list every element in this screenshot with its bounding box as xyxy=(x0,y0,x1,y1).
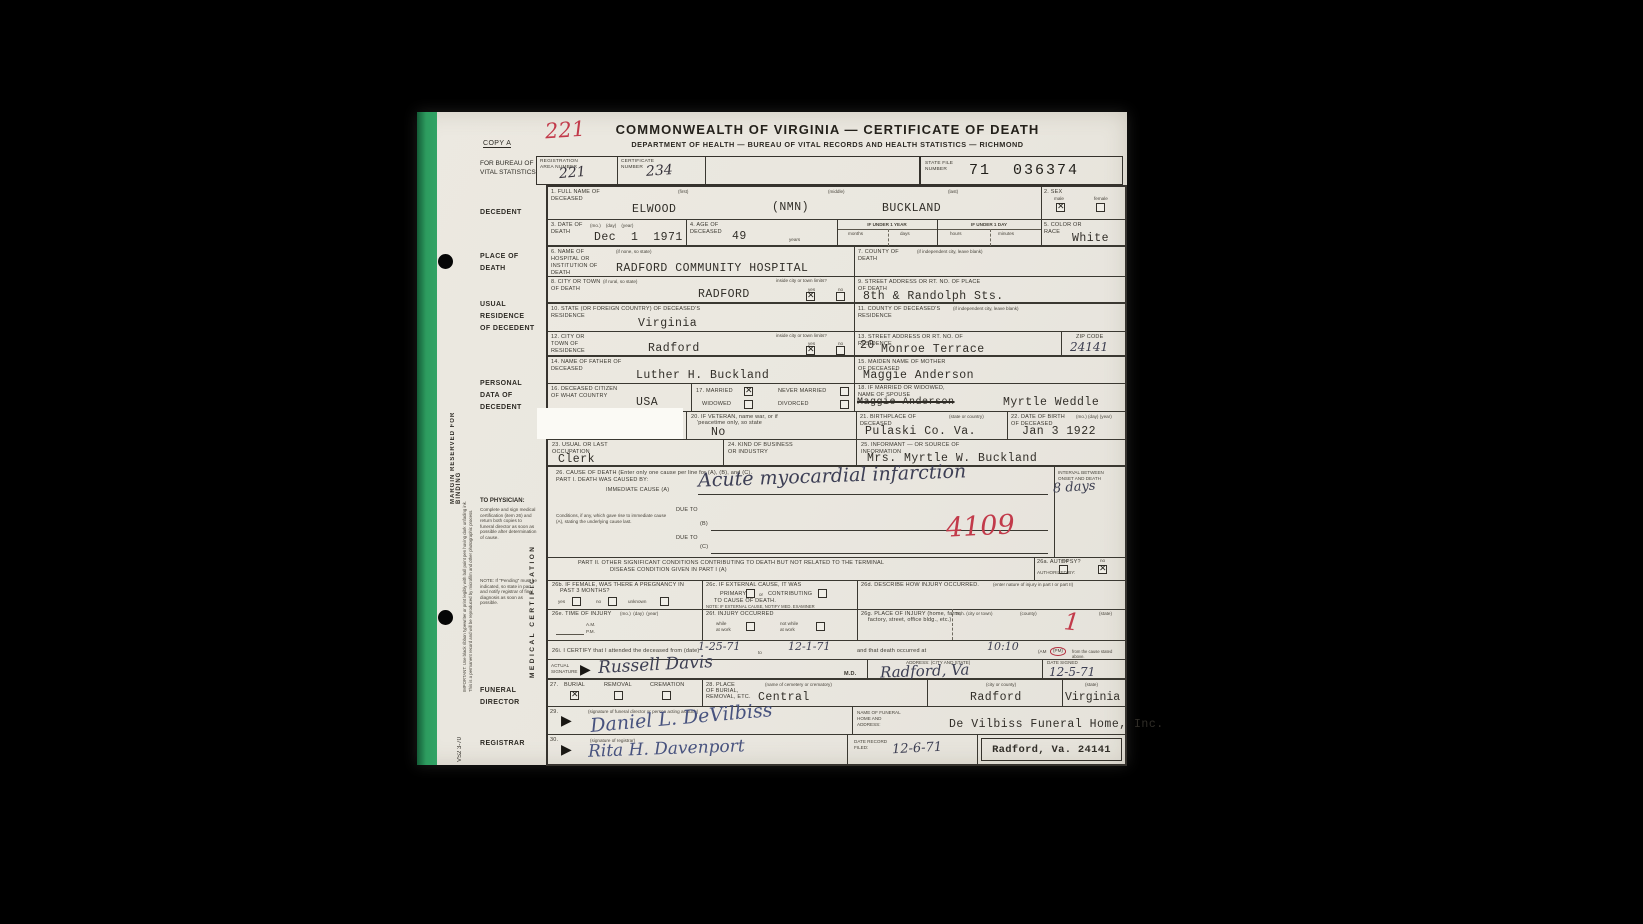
limits-no-checkbox xyxy=(836,292,845,301)
item-29-number: 29. xyxy=(550,709,558,716)
field-state-residence: 10. STATE (OR FOREIGN COUNTRY) OF DECEAS… xyxy=(548,304,855,331)
death-occurred-label: and that death occurred at xyxy=(857,648,926,655)
date-of-death-value: Dec 1 1971 xyxy=(594,231,683,244)
to-word: to xyxy=(758,650,762,656)
or-label: or xyxy=(759,592,763,598)
signature-arrow-icon xyxy=(580,661,591,678)
section-label-registrar: REGISTRAR xyxy=(480,740,525,747)
removal-label: REMOVAL xyxy=(604,682,632,689)
zip-value: 24141 xyxy=(1070,340,1108,354)
section-label-personal-1: PERSONAL xyxy=(480,380,522,387)
pregnancy-unknown-checkbox xyxy=(660,597,669,606)
hospital-value: RADFORD COMMUNITY HOSPITAL xyxy=(616,262,808,275)
form-row: 3. DATE OF DEATH (mo.) (day) (year) Dec … xyxy=(548,220,1125,247)
limits-label: inside city or town limits? xyxy=(776,278,831,284)
punch-hole-icon xyxy=(438,254,453,269)
autopsy-yes-sublabel: yes xyxy=(1061,558,1068,564)
state-file-value: 71 036374 xyxy=(969,162,1079,179)
field-occupation: 23. USUAL OR LAST OCCUPATION Clerk xyxy=(548,440,724,465)
city-residence-label: 12. CITY OR TOWN OF RESIDENCE xyxy=(551,334,601,355)
punch-hole-icon xyxy=(438,610,453,625)
field-informant: 25. INFORMANT — OR SOURCE OF INFORMATION… xyxy=(857,440,1125,465)
state-residence-value: Virginia xyxy=(638,317,697,330)
pm-option-circled: (PM) xyxy=(1050,647,1066,656)
death-certificate-document: MARGIN RESERVED FOR BINDING IMPORTANT: U… xyxy=(417,112,1127,765)
binding-strip xyxy=(417,112,437,765)
removal-checkbox xyxy=(614,691,623,700)
registration-area-cell: REGISTRATION AREA NUMBER 221 xyxy=(537,157,618,184)
to-physician-label: TO PHYSICIAN: xyxy=(480,498,525,504)
veteran-label-2: 'peacetime only, so state xyxy=(697,420,762,427)
limits-yes-checkbox-2 xyxy=(806,346,815,355)
medical-certification-block: 26. CAUSE OF DEATH (Enter only one cause… xyxy=(548,467,1125,680)
father-value: Luther H. Buckland xyxy=(636,369,769,382)
date-sublabels: (mo.) (day) (year) xyxy=(590,223,633,229)
field-street-of-death: 9. STREET ADDRESS OR RT. NO. OF PLACE OF… xyxy=(855,277,1125,302)
under-1-year-label: IF UNDER 1 YEAR xyxy=(838,222,936,228)
while-label-1: while xyxy=(716,621,726,627)
funeral-home-label-2: HOME AND xyxy=(857,716,882,722)
part2-label-1: PART II. OTHER SIGNIFICANT CONDITIONS CO… xyxy=(578,560,884,567)
bureau-label-1: FOR BUREAU OF xyxy=(480,160,533,167)
form-row: 23. USUAL OR LAST OCCUPATION Clerk 24. K… xyxy=(548,440,1125,467)
certificate-title: COMMONWEALTH OF VIRGINIA — CERTIFICATE O… xyxy=(532,122,1123,137)
section-label-funeral-2: DIRECTOR xyxy=(480,699,520,706)
last-sublabel: (last) xyxy=(948,189,958,195)
state-file-label-2: NUMBER xyxy=(925,167,947,173)
registration-box: REGISTRATION AREA NUMBER 221 CERTIFICATE… xyxy=(536,156,920,185)
attended-to-date: 12-1-71 xyxy=(788,640,830,653)
field-business: 24. KIND OF BUSINESS OR INDUSTRY xyxy=(724,440,857,465)
field-mother: 15. MAIDEN NAME OF MOTHER OF DECEASED Ma… xyxy=(855,357,1125,383)
certificate-form: 1. FULL NAME OF DECEASED (first) (middle… xyxy=(546,185,1127,766)
field-citizen: 16. DECEASED CITIZEN OF WHAT COUNTRY USA xyxy=(548,384,692,411)
while-at-work-checkbox xyxy=(746,622,755,631)
registrar-stamp-value: Radford, Va. 24141 xyxy=(992,744,1111,756)
external-cause-label: 26c. IF EXTERNAL CAUSE, IT WAS xyxy=(706,582,801,589)
field-birthplace: 21. BIRTHPLACE OF DECEASED (state or cou… xyxy=(857,412,1008,439)
section-label-decedent: DECEDENT xyxy=(480,209,522,216)
section-label-personal-2: DATA OF xyxy=(480,392,513,399)
attended-from-date: 1-25-71 xyxy=(698,640,740,653)
red-pen-mark: 1 xyxy=(1063,607,1081,636)
city-death-label: 8. CITY OR TOWN OF DEATH xyxy=(551,279,601,293)
minutes-sublabel: minutes xyxy=(998,231,1014,237)
redaction-whiteout xyxy=(537,408,683,439)
time-of-injury-sublabels: (mo.) (day) (year) xyxy=(620,611,658,617)
describe-injury-sublabel: (enter nature of injury in part I or par… xyxy=(993,582,1121,588)
field-color-or-race: 5. COLOR OR RACE White xyxy=(1042,220,1125,245)
middle-sublabel: (middle) xyxy=(828,189,845,195)
not-while-label-1: not while xyxy=(780,621,798,627)
field-full-name: 1. FULL NAME OF DECEASED (first) (middle… xyxy=(548,187,1042,219)
street-residence-number: 20 xyxy=(860,339,875,352)
margin-binding-text: MARGIN RESERVED FOR BINDING xyxy=(450,380,462,504)
margin-important-text-2: This is a permanent record and will be r… xyxy=(468,387,473,692)
field-county-residence: 11. COUNTY OF DECEASED'S RESIDENCE (if i… xyxy=(855,304,1125,331)
part1-label: PART I. DEATH WAS CAUSED BY: xyxy=(556,477,648,484)
field-under-1-day: IF UNDER 1 DAY hours minutes xyxy=(938,220,1042,245)
form-row: 27. BURIAL REMOVAL CREMATION 28. PLACE O… xyxy=(548,680,1125,707)
describe-injury-label: 26d. DESCRIBE HOW INJURY OCCURRED. xyxy=(861,582,979,589)
female-sublabel: female xyxy=(1094,196,1108,202)
item-27-number: 27. xyxy=(550,682,558,689)
certificate-number-cell: CERTIFICATE NUMBER 234 xyxy=(618,157,706,184)
date-filed-label-1: DATE RECORD xyxy=(854,739,887,745)
interval-label-1: INTERVAL BETWEEN xyxy=(1058,470,1104,476)
copy-label: COPY A xyxy=(483,140,511,148)
field-age: 4. AGE OF DECEASED 49 years xyxy=(687,220,838,245)
actual-signature-label-2: SIGNATURE xyxy=(551,669,577,675)
certificate-number-value: 234 xyxy=(645,162,673,180)
funeral-home-label-1: NAME OF FUNERAL xyxy=(857,710,901,716)
limits-no-checkbox-2 xyxy=(836,346,845,355)
occupation-value: Clerk xyxy=(558,453,595,466)
field-funeral-home: NAME OF FUNERAL HOME AND ADDRESS: De Vil… xyxy=(853,707,1125,734)
signature-arrow-icon xyxy=(561,741,572,758)
injury-state-sublabel: (state) xyxy=(1099,611,1112,617)
field-spouse: 18. IF MARRIED OR WIDOWED, NAME OF SPOUS… xyxy=(855,384,1125,411)
field-funeral-director-signature: 29. (signature of funeral director or pe… xyxy=(548,707,853,734)
burial-checkbox xyxy=(570,691,579,700)
contributing-label: CONTRIBUTING xyxy=(768,591,812,598)
age-label: 4. AGE OF DECEASED xyxy=(690,222,735,236)
field-registrar-signature: 30. (signature of registrar) Rita H. Dav… xyxy=(548,735,848,764)
form-row: 1. FULL NAME OF DECEASED (first) (middle… xyxy=(548,187,1125,220)
pregnancy-yes-sublabel: yes xyxy=(558,599,565,605)
days-sublabel: days xyxy=(900,231,910,237)
birthplace-value: Pulaski Co. Va. xyxy=(865,425,976,438)
due-to-c-label: DUE TO xyxy=(676,535,698,542)
registrar-stamp-box: Radford, Va. 24141 xyxy=(981,738,1122,761)
injury-occurred-label: 26f. INJURY OCCURRED xyxy=(706,611,774,618)
county-residence-label: 11. COUNTY OF DECEASED'S RESIDENCE xyxy=(858,306,948,320)
while-label-2: at work xyxy=(716,627,731,633)
immediate-cause-label: IMMEDIATE CAUSE (A) xyxy=(606,487,669,494)
state-file-cell: STATE FILE NUMBER 71 036374 xyxy=(921,157,1124,184)
place-of-injury-label-2: factory, street, office bldg., etc.) xyxy=(868,617,951,624)
pregnancy-no-checkbox xyxy=(608,597,617,606)
pm-label: P.M. xyxy=(586,629,595,635)
city-residence-value: Radford xyxy=(648,342,700,355)
field-date-filed: DATE RECORD FILED: 12-6-71 xyxy=(848,735,978,764)
not-while-label-2: at work xyxy=(780,627,795,633)
registration-blank-cell xyxy=(706,157,921,184)
md-label: M.D. xyxy=(844,671,856,678)
father-label: 14. NAME OF FATHER OF DECEASED xyxy=(551,359,641,373)
spouse-struck-value: Maggie Anderson xyxy=(857,397,955,408)
business-label: 24. KIND OF BUSINESS OR INDUSTRY xyxy=(728,442,798,456)
field-city-of-death: 8. CITY OR TOWN OF DEATH (if rural, so s… xyxy=(548,277,855,302)
form-row: 6. NAME OF HOSPITAL OR INSTITUTION OF DE… xyxy=(548,247,1125,277)
primary-checkbox xyxy=(746,589,755,598)
registrar-signature: Rita H. Davenport xyxy=(588,736,745,761)
due-to-b-label: DUE TO xyxy=(676,507,698,514)
divorced-checkbox xyxy=(840,400,849,409)
under-1-day-label: IF UNDER 1 DAY xyxy=(938,222,1040,228)
field-registrar-stamp: Radford, Va. 24141 xyxy=(978,735,1125,764)
field-zip: ZIP CODE 24141 xyxy=(1062,332,1125,355)
age-value: 49 xyxy=(732,230,747,243)
field-veteran: 20. IF VETERAN, name war, or if 'peaceti… xyxy=(687,412,857,439)
last-name-value: BUCKLAND xyxy=(882,202,941,215)
field-sex: 2. SEX male female xyxy=(1042,187,1125,219)
section-label-residence-1: USUAL xyxy=(480,301,506,308)
medical-certification-cell: 26. CAUSE OF DEATH (Enter only one cause… xyxy=(548,467,1125,678)
first-sublabel: (first) xyxy=(678,189,688,195)
field-under-1-year: IF UNDER 1 YEAR months days xyxy=(838,220,938,245)
field-father: 14. NAME OF FATHER OF DECEASED Luther H.… xyxy=(548,357,855,383)
date-of-death-label: 3. DATE OF DEATH xyxy=(551,222,589,236)
injury-city-sublabel: 26h. (city or town) xyxy=(956,611,993,617)
field-hospital: 6. NAME OF HOSPITAL OR INSTITUTION OF DE… xyxy=(548,247,855,276)
widowed-label: WIDOWED xyxy=(702,401,731,408)
place-burial-label-3: REMOVAL, ETC. xyxy=(706,694,751,701)
hospital-sublabel: (if none, so state) xyxy=(616,249,652,255)
signature-arrow-icon xyxy=(561,712,572,729)
conditions-note: Conditions, if any, which gave rise to i… xyxy=(556,513,668,524)
actual-signature-label-1: ACTUAL xyxy=(551,663,569,669)
field-date-of-death: 3. DATE OF DEATH (mo.) (day) (year) Dec … xyxy=(548,220,687,245)
section-label-personal-3: DECEDENT xyxy=(480,404,522,411)
section-label-residence-3: OF DECEDENT xyxy=(480,325,535,332)
pregnancy-label-2: PAST 3 MONTHS? xyxy=(560,588,610,595)
part2-label-2: DISEASE CONDITION GIVEN IN PART I (A) xyxy=(610,567,727,574)
citizen-label: 16. DECEASED CITIZEN OF WHAT COUNTRY xyxy=(551,386,621,400)
funeral-home-value: De Vilbiss Funeral Home, Inc. xyxy=(949,718,1164,731)
not-while-at-work-checkbox xyxy=(816,622,825,631)
red-code-annotation: 4109 xyxy=(945,509,1015,544)
medical-certification-vertical-label: MEDICAL CERTIFICATION xyxy=(529,468,536,678)
hours-sublabel: hours xyxy=(950,231,962,237)
pregnancy-yes-checkbox xyxy=(572,597,581,606)
cremation-checkbox xyxy=(662,691,671,700)
am-label: A.M. xyxy=(586,622,595,628)
physician-address-value: Radford, Va xyxy=(880,660,970,681)
pregnancy-no-sublabel: no xyxy=(596,599,601,605)
never-married-label: NEVER MARRIED xyxy=(778,388,826,395)
birthplace-sublabel: (state or country) xyxy=(949,414,984,420)
certify-label-end: from the cause stated above. xyxy=(1072,649,1124,659)
years-sublabel: years xyxy=(789,237,800,243)
months-sublabel: months xyxy=(848,231,863,237)
contributing-checkbox xyxy=(818,589,827,598)
am-option: (AM xyxy=(1038,649,1046,655)
middle-name-value: (NMN) xyxy=(772,201,809,214)
autopsy-no-checkbox xyxy=(1098,565,1107,574)
death-time-value: 10:10 xyxy=(987,640,1019,653)
burial-state-sublabel: (state) xyxy=(1085,682,1098,688)
burial-city-value: Radford xyxy=(970,691,1022,704)
veteran-value: No xyxy=(711,426,726,439)
date-filed-label-2: FILED: xyxy=(854,745,868,751)
interval-value: 8 days xyxy=(1053,479,1096,497)
sex-label: 2. SEX xyxy=(1044,189,1062,196)
burial-state-value: Virginia xyxy=(1065,691,1120,704)
limits-label-2: inside city or town limits? xyxy=(776,333,831,339)
margin-important-text-1: IMPORTANT: Use black ribbon typewriter o… xyxy=(462,387,467,692)
screenshot-stage: MARGIN RESERVED FOR BINDING IMPORTANT: U… xyxy=(0,0,1643,924)
date-filed-value: 12-6-71 xyxy=(892,740,943,758)
county-residence-sublabel: (if independent city, leave blank) xyxy=(953,306,1019,312)
male-checkbox xyxy=(1056,203,1065,212)
married-checkbox xyxy=(744,387,753,396)
bureau-label-2: VITAL STATISTICS xyxy=(480,169,536,176)
autopsy-no-sublabel: no xyxy=(1100,558,1105,564)
first-name-value: ELWOOD xyxy=(632,203,676,216)
field-marital-status: 17. MARRIED NEVER MARRIED WIDOWED DIVORC… xyxy=(692,384,855,411)
certificate-subtitle: DEPARTMENT OF HEALTH — BUREAU OF VITAL R… xyxy=(532,140,1123,149)
form-row: 12. CITY OR TOWN OF RESIDENCE Radford in… xyxy=(548,332,1125,357)
section-label-funeral-1: FUNERAL xyxy=(480,687,516,694)
field-county-of-death: 7. COUNTY OF DEATH (if independent city,… xyxy=(855,247,1125,276)
funeral-home-label-3: ADDRESS: xyxy=(857,722,881,728)
section-label-place-1: PLACE OF xyxy=(480,253,519,260)
never-married-checkbox xyxy=(840,387,849,396)
limits-yes-checkbox xyxy=(806,292,815,301)
divorced-label: DIVORCED xyxy=(778,401,809,408)
form-row: 30. (signature of registrar) Rita H. Dav… xyxy=(548,735,1125,764)
spouse-value: Myrtle Weddle xyxy=(1003,396,1099,409)
section-label-residence-2: RESIDENCE xyxy=(480,313,524,320)
b-sublabel: (B) xyxy=(700,521,708,528)
mother-value: Maggie Anderson xyxy=(863,369,974,382)
authorized-by-label: AUTHORIZED BY: xyxy=(1037,570,1075,576)
county-death-label: 7. COUNTY OF DEATH xyxy=(858,249,913,263)
cremation-label: CREMATION xyxy=(650,682,684,689)
field-burial-city: (city or county) Radford xyxy=(928,680,1063,706)
burial-city-sublabel: (city or county) xyxy=(986,682,1016,688)
city-death-value: RADFORD xyxy=(698,288,750,301)
form-number: VS2 3-70 xyxy=(457,710,463,762)
female-checkbox xyxy=(1096,203,1105,212)
c-sublabel: (C) xyxy=(700,544,708,551)
field-disposition: 27. BURIAL REMOVAL CREMATION xyxy=(548,680,703,706)
color-race-value: White xyxy=(1072,232,1109,245)
full-name-label: 1. FULL NAME OF DECEASED xyxy=(551,189,613,203)
field-date-of-birth: 22. DATE OF BIRTH OF DECEASED (mo.) (day… xyxy=(1008,412,1125,439)
item-30-number: 30. xyxy=(550,737,558,744)
section-label-place-2: DEATH xyxy=(480,265,506,272)
injury-county-sublabel: (county) xyxy=(1020,611,1037,617)
physician-signature: Russell Davis xyxy=(598,652,714,678)
registration-area-value: 221 xyxy=(558,164,586,182)
form-row: 14. NAME OF FATHER OF DECEASED Luther H.… xyxy=(548,357,1125,384)
field-city-residence: 12. CITY OR TOWN OF RESIDENCE Radford in… xyxy=(548,332,855,355)
married-label: 17. MARRIED xyxy=(696,388,733,395)
city-death-sublabel: (if rural, so state) xyxy=(603,279,637,285)
pregnancy-unknown-sublabel: unknown xyxy=(628,599,646,605)
date-signed-value: 12-5-71 xyxy=(1049,665,1095,679)
hospital-label: 6. NAME OF HOSPITAL OR INSTITUTION OF DE… xyxy=(551,249,611,277)
street-residence-name: Monroe Terrace xyxy=(881,343,985,356)
widowed-checkbox xyxy=(744,400,753,409)
county-death-sublabel: (if independent city, leave blank) xyxy=(917,249,983,255)
field-street-residence: 13. STREET ADDRESS OR RT. NO. OF RESIDEN… xyxy=(855,332,1062,355)
state-file-box: STATE FILE NUMBER 71 036374 xyxy=(920,156,1123,185)
form-row: 8. CITY OR TOWN OF DEATH (if rural, so s… xyxy=(548,277,1125,304)
cemetery-sublabel: (name of cemetery or crematory) xyxy=(765,682,832,688)
certificate-number-label-2: NUMBER xyxy=(621,165,643,171)
form-row: 10. STATE (OR FOREIGN COUNTRY) OF DECEAS… xyxy=(548,304,1125,332)
primary-label: PRIMARY xyxy=(720,591,746,598)
dob-sublabel: (mo.) (day) (year) xyxy=(1076,414,1122,420)
male-sublabel: male xyxy=(1054,196,1064,202)
field-burial-state: (state) Virginia xyxy=(1063,680,1125,706)
dob-value: Jan 3 1922 xyxy=(1022,425,1096,438)
burial-label: BURIAL xyxy=(564,682,585,689)
form-row: 29. (signature of funeral director or pe… xyxy=(548,707,1125,735)
time-of-injury-label: 26e. TIME OF INJURY xyxy=(552,611,612,618)
street-death-value: 8th & Randolph Sts. xyxy=(863,290,1004,303)
